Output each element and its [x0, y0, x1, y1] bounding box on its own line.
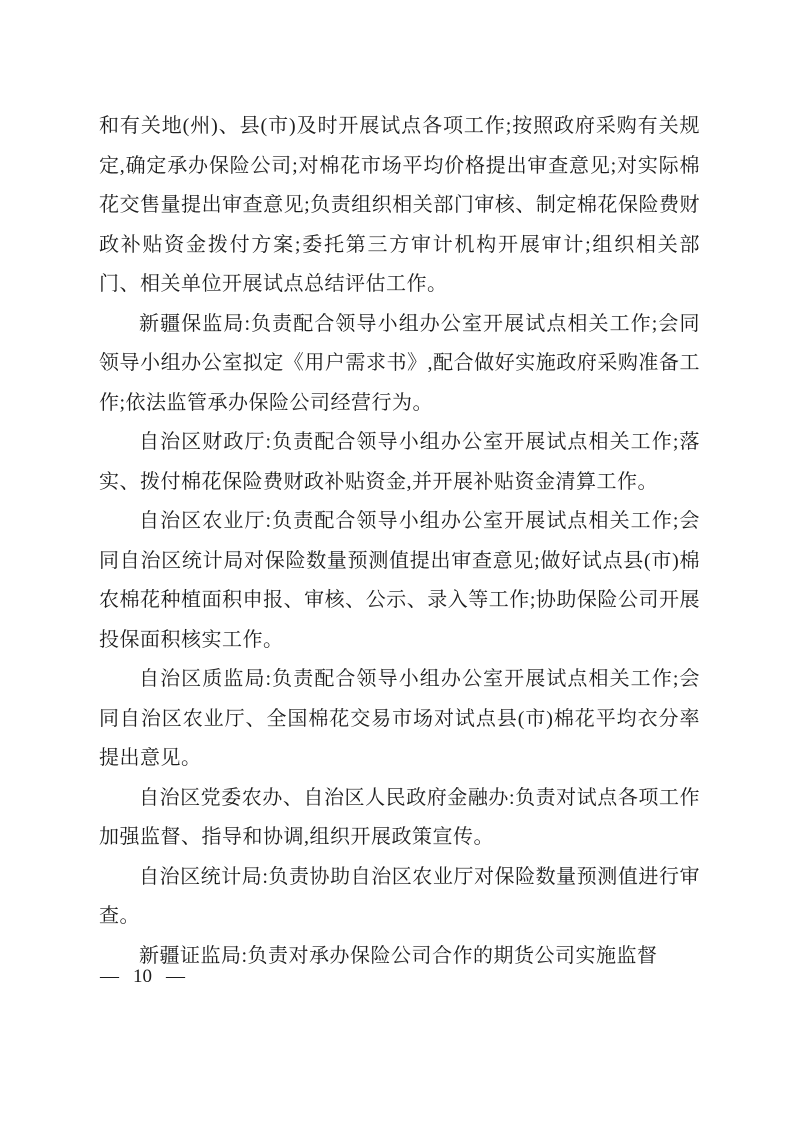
- footer-right-dash: —: [166, 966, 185, 988]
- paragraph-party-rural-finance-office: 自治区党委农办、自治区人民政府金融办:负责对试点各项工作加强监督、指导和协调,组…: [99, 779, 700, 858]
- paragraph-xinjiang-circ: 新疆保监局:负责配合领导小组办公室开展试点相关工作;会同领导小组办公室拟定《用户…: [99, 305, 700, 424]
- page-footer: — 10 —: [100, 966, 185, 988]
- page-background: 和有关地(州)、县(市)及时开展试点各项工作;按照政府采购有关规定,确定承办保险…: [0, 0, 793, 1122]
- paragraph-continuation: 和有关地(州)、县(市)及时开展试点各项工作;按照政府采购有关规定,确定承办保险…: [99, 107, 700, 305]
- document-page: { "doc": { "paragraphs": [ { "text": "和有…: [0, 0, 793, 1122]
- paragraph-finance-dept: 自治区财政厅:负责配合领导小组办公室开展试点相关工作;落实、拨付棉花保险费财政补…: [99, 423, 700, 502]
- document-body-text: 和有关地(州)、县(市)及时开展试点各项工作;按照政府采购有关规定,确定承办保险…: [99, 107, 700, 976]
- paragraph-agriculture-dept: 自治区农业厅:负责配合领导小组办公室开展试点相关工作;会同自治区统计局对保险数量…: [99, 502, 700, 660]
- paragraph-csrc-bureau: 新疆证监局:负责对承办保险公司合作的期货公司实施监督: [99, 937, 700, 977]
- paragraph-statistics-bureau: 自治区统计局:负责协助自治区农业厅对保险数量预测值进行审查。: [99, 858, 700, 937]
- footer-left-dash: —: [100, 966, 119, 988]
- page-number: 10: [133, 966, 152, 988]
- paragraph-quality-supervision: 自治区质监局:负责配合领导小组办公室开展试点相关工作;会同自治区农业厅、全国棉花…: [99, 660, 700, 779]
